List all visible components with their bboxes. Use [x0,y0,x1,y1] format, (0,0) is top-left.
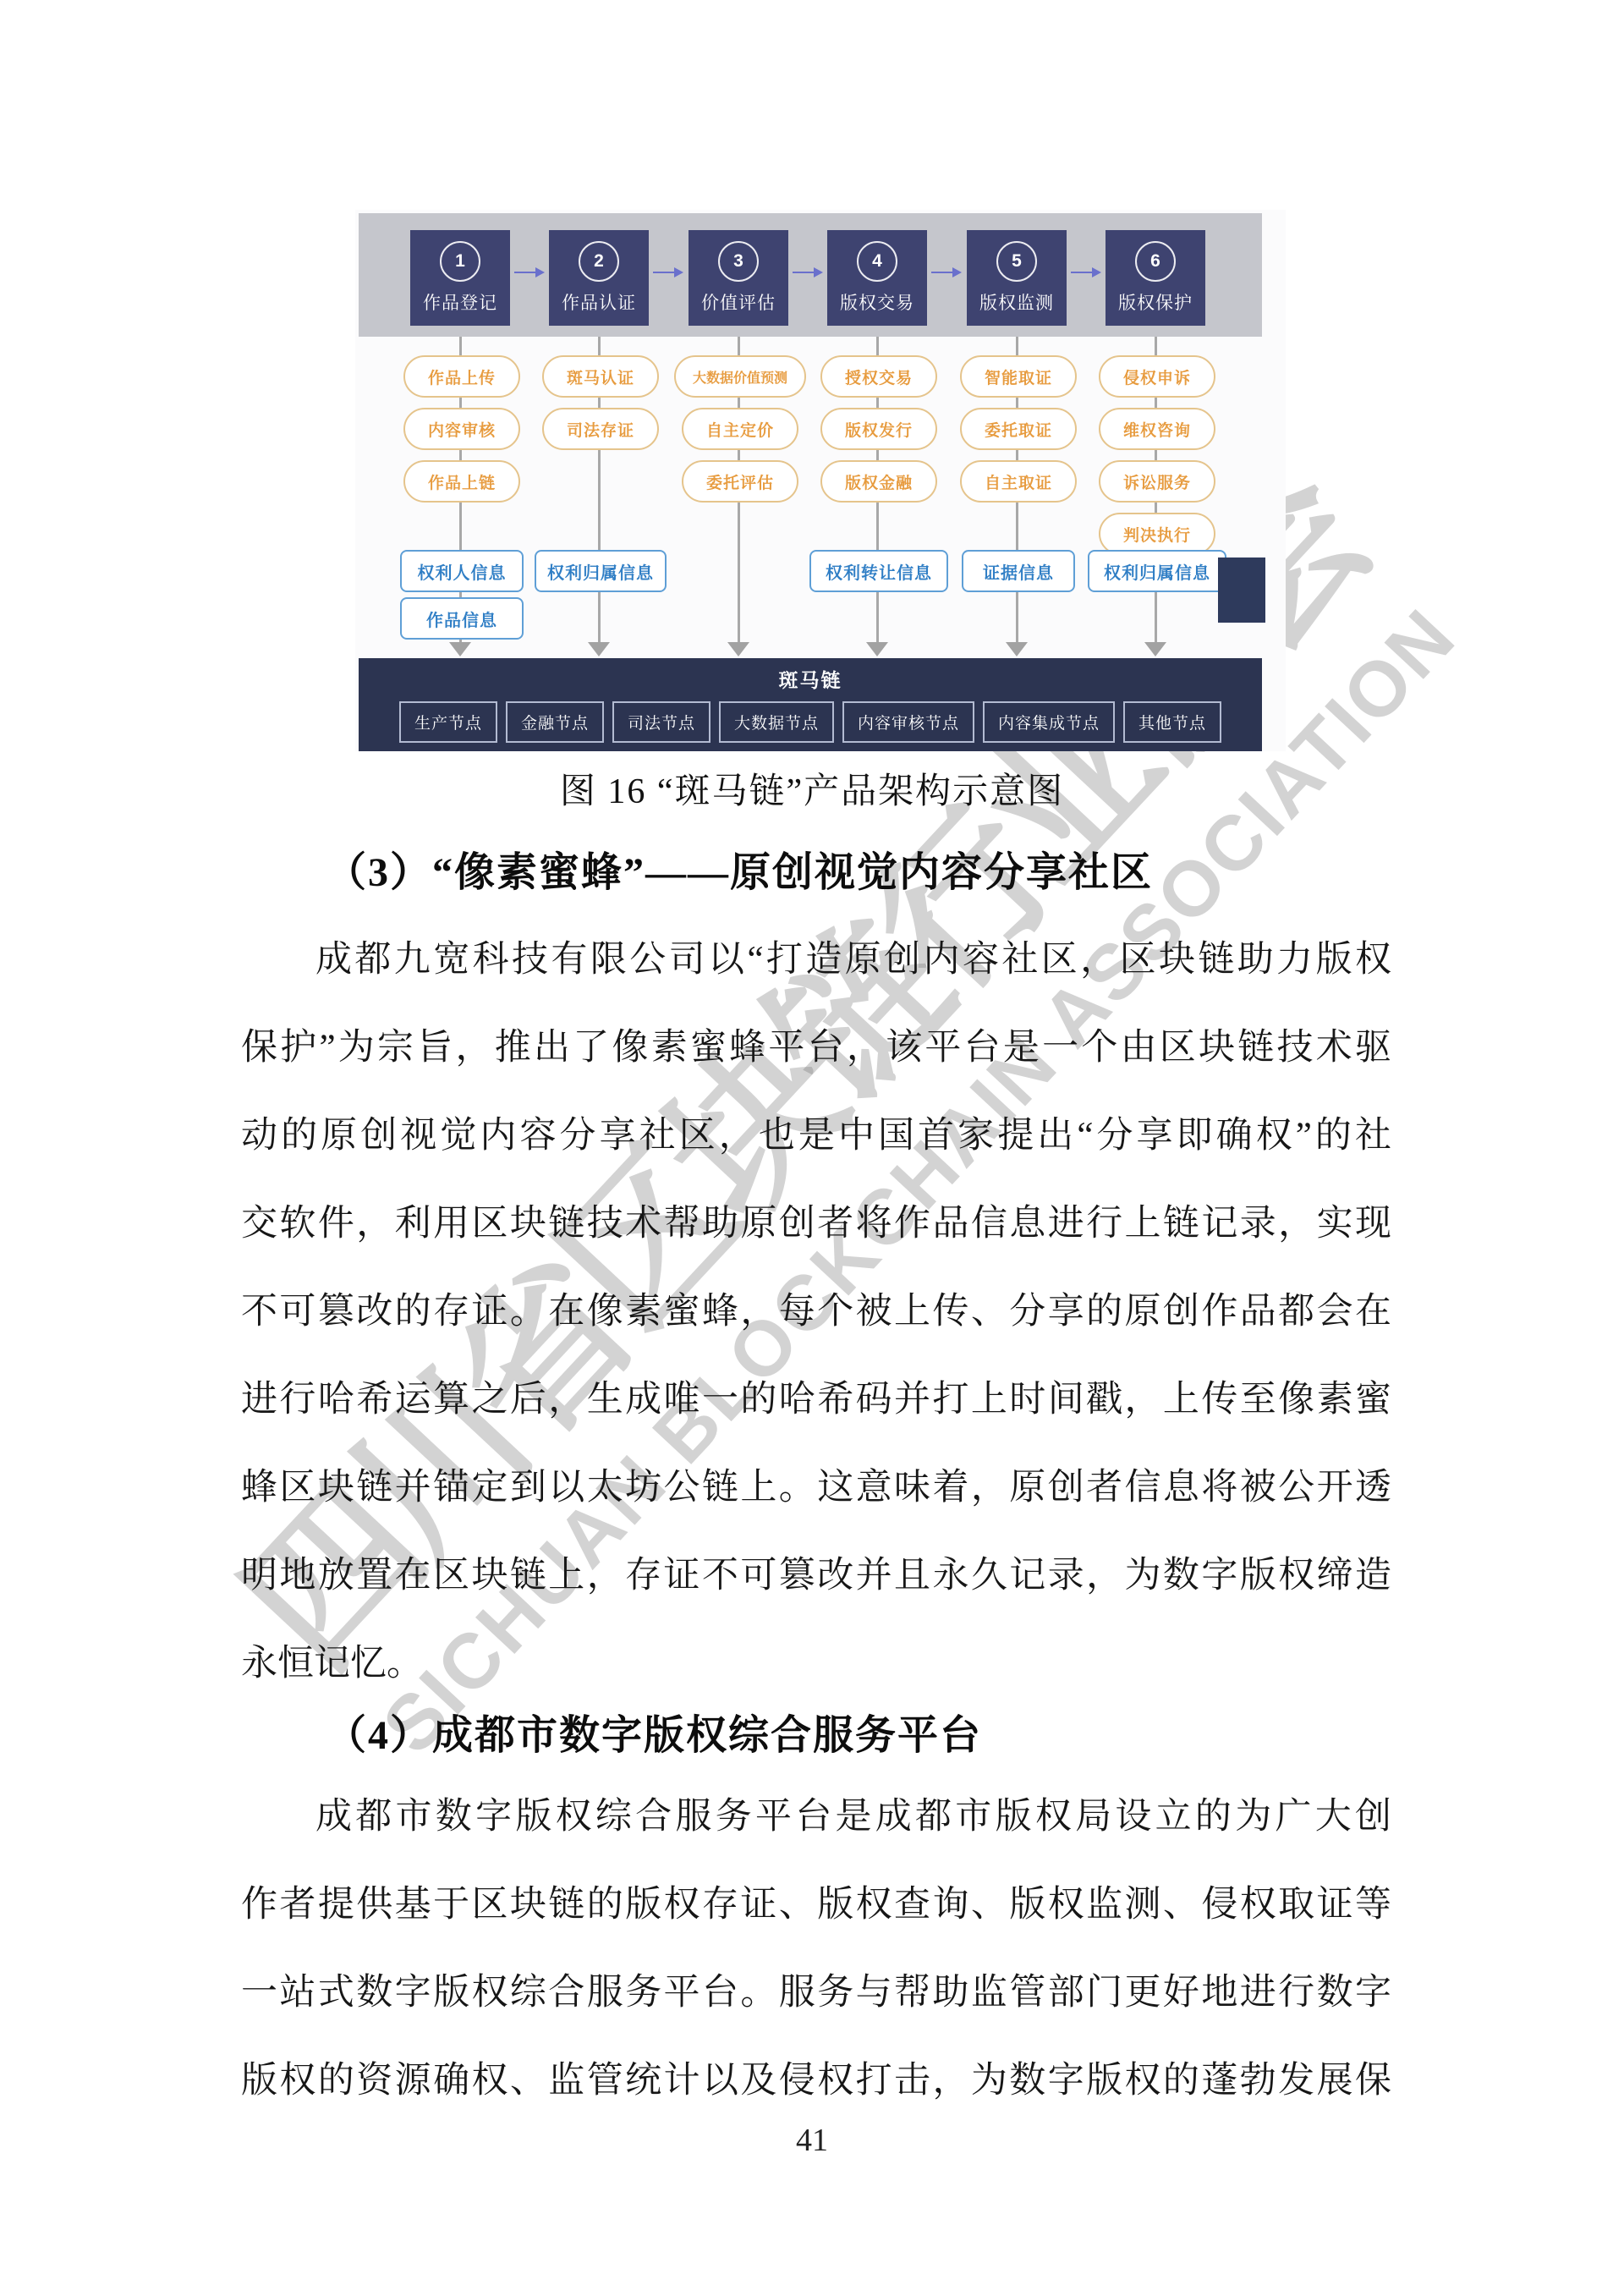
step-number-circle: 2 [579,241,619,282]
service-chip: 作品上链 [403,460,520,503]
step-number-circle: 5 [996,241,1037,282]
text-line: 进行哈希运算之后，生成唯一的哈希码并打上时间戳，上传至像素蜜 [241,1356,1391,1444]
right-arrow-icon [931,272,953,273]
step-box-3: 3 价值评估 [689,230,788,326]
service-chip: 作品上传 [403,355,520,398]
text-line: 永恒记忆。 [241,1620,1391,1708]
info-box: 权利人信息 [400,550,524,592]
step-label: 版权交易 [840,289,914,315]
info-box: 权利转让信息 [809,550,948,592]
info-box: 权利归属信息 [1088,550,1226,592]
step-box-1: 1 作品登记 [410,230,510,326]
service-chip: 判决执行 [1099,513,1215,555]
step-label: 作品认证 [562,289,636,315]
text-line: 蜂区块链并锚定到以太坊公链上。这意味着，原创者信息将被公开透 [241,1444,1391,1532]
service-chip: 内容审核 [403,408,520,450]
chain-node: 生产节点 [399,701,497,743]
service-chip: 大数据价值预测 [674,355,806,398]
down-arrow-icon [449,642,471,656]
step-box-2: 2 作品认证 [549,230,649,326]
text-line: 明地放置在区块链上，存证不可篡改并且永久记录，为数字版权缔造 [241,1532,1391,1620]
section-heading-4: （4）成都市数字版权综合服务平台 [241,1702,1391,1760]
down-arrow-icon [1144,642,1166,656]
step-number-circle: 3 [718,241,759,282]
service-chip: 委托取证 [960,408,1077,450]
service-chip: 侵权申诉 [1099,355,1215,398]
info-box: 作品信息 [400,597,524,640]
chain-node: 内容审核节点 [842,701,974,743]
right-arrow-icon [514,272,536,273]
text-line: 作者提供基于区块链的版权存证、版权查询、版权监测、侵权取证等 [241,1861,1391,1949]
step-box-4: 4 版权交易 [827,230,927,326]
service-chip: 委托评估 [682,460,798,503]
step-number-circle: 6 [1135,241,1176,282]
service-chip: 自主取证 [960,460,1077,503]
text-line: 交软件，利用区块链技术帮助原创者将作品信息进行上链记录，实现 [241,1180,1391,1268]
step-box-5: 5 版权监测 [967,230,1067,326]
service-chip: 版权金融 [820,460,937,503]
chain-node: 大数据节点 [719,701,834,743]
text-line: 成都九宽科技有限公司以“打造原创内容社区，区块链助力版权 [241,916,1391,1004]
service-chip: 司法存证 [542,408,659,450]
service-chip: 授权交易 [820,355,937,398]
chain-node: 其他节点 [1123,701,1221,743]
page-number: 41 [0,2122,1624,2159]
figure-caption: 图 16 “斑马链”产品架构示意图 [0,763,1624,814]
node-row: 生产节点 金融节点 司法节点 大数据节点 内容审核节点 内容集成节点 其他节点 [359,701,1262,743]
service-chip: 诉讼服务 [1099,460,1215,503]
chain-title: 斑马链 [359,665,1262,693]
service-chip: 智能取证 [960,355,1077,398]
step-label: 价值评估 [701,289,776,315]
service-chip: 斑马认证 [542,355,659,398]
architecture-figure: 1 作品登记 2 作品认证 3 价值评估 4 版权交易 5 版权监测 6 版权保… [355,210,1286,751]
service-chip: 自主定价 [682,408,798,450]
step-number-circle: 4 [857,241,897,282]
right-arrow-icon [793,272,815,273]
service-chip: 维权咨询 [1099,408,1215,450]
text-line: 不可篡改的存证。在像素蜜蜂，每个被上传、分享的原创作品都会在 [241,1268,1391,1356]
document-page: { "page": { "number": "41" }, "watermark… [0,0,1624,2296]
right-arrow-icon [653,272,675,273]
service-chip: 版权发行 [820,408,937,450]
chain-node: 司法节点 [612,701,710,743]
paragraph-1: 成都九宽科技有限公司以“打造原创内容社区，区块链助力版权 保护”为宗旨，推出了像… [241,916,1391,1708]
figure-edge-artifact [1218,558,1265,623]
chain-node: 金融节点 [506,701,604,743]
right-arrow-icon [1071,272,1093,273]
step-label: 版权监测 [979,289,1054,315]
down-arrow-icon [866,642,888,656]
step-label: 版权保护 [1118,289,1193,315]
step-label: 作品登记 [423,289,497,315]
text-line: 动的原创视觉内容分享社区，也是中国首家提出“分享即确权”的社 [241,1092,1391,1180]
step-box-6: 6 版权保护 [1106,230,1205,326]
info-box: 证据信息 [962,550,1075,592]
chain-band: 斑马链 生产节点 金融节点 司法节点 大数据节点 内容审核节点 内容集成节点 其… [359,658,1262,751]
info-box: 权利归属信息 [535,550,667,592]
text-line: 版权的资源确权、监管统计以及侵权打击，为数字版权的蓬勃发展保 [241,2037,1391,2125]
section-heading-3: （3）“像素蜜蜂”——原创视觉内容分享社区 [241,839,1391,898]
text-line: 保护”为宗旨，推出了像素蜜蜂平台，该平台是一个由区块链技术驱 [241,1004,1391,1092]
text-line: 成都市数字版权综合服务平台是成都市版权局设立的为广大创 [241,1773,1391,1861]
down-arrow-icon [588,642,610,656]
chain-node: 内容集成节点 [983,701,1115,743]
text-line: 一站式数字版权综合服务平台。服务与帮助监管部门更好地进行数字 [241,1949,1391,2037]
down-arrow-icon [1006,642,1028,656]
paragraph-2: 成都市数字版权综合服务平台是成都市版权局设立的为广大创 作者提供基于区块链的版权… [241,1773,1391,2125]
down-arrow-icon [727,642,749,656]
step-number-circle: 1 [440,241,480,282]
